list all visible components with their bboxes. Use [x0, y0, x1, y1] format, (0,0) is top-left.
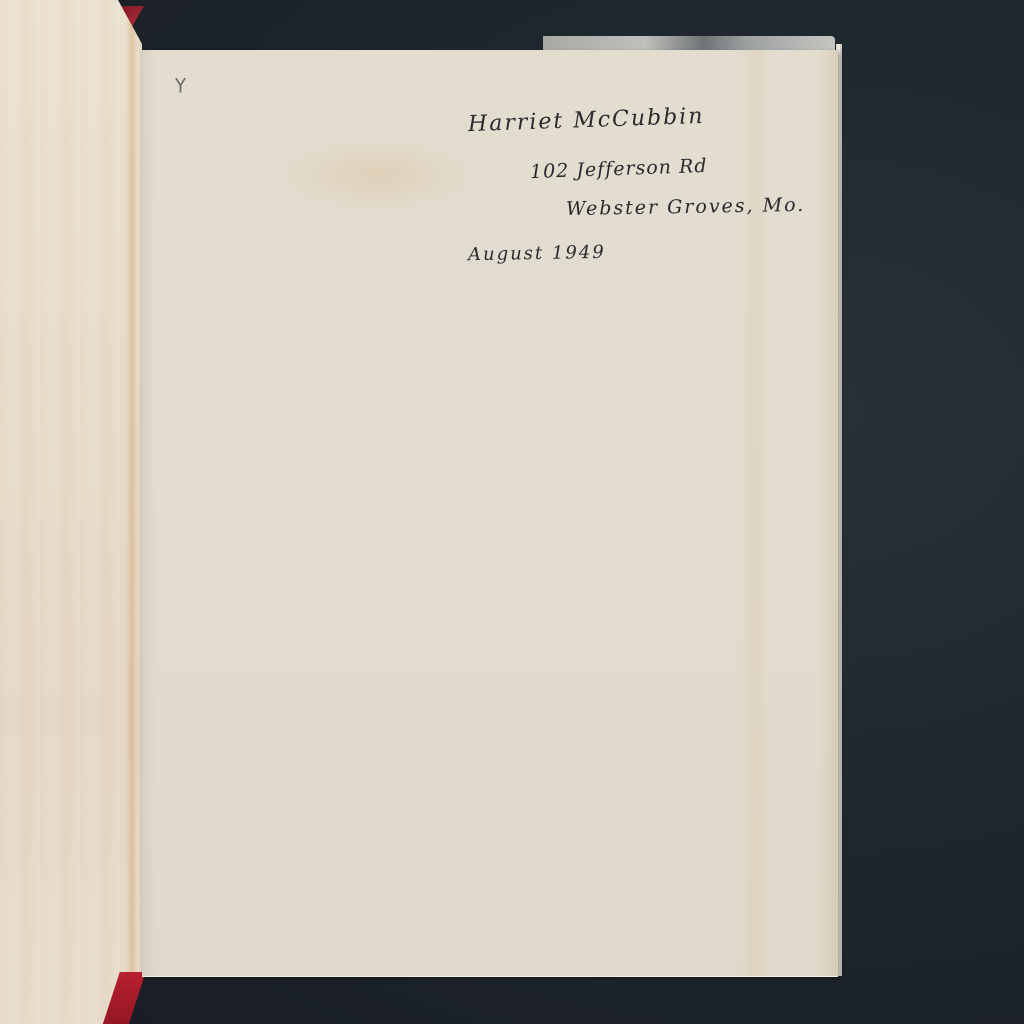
book-photo: Y Harriet McCubbin 102 Jefferson Rd Webs… [0, 0, 1024, 1024]
flyleaf-page [142, 50, 838, 976]
pencil-mark: Y [175, 75, 186, 98]
inscription-date: August 1949 [468, 242, 606, 265]
left-pastedown-page [0, 0, 142, 1024]
inscription-city: Webster Groves, Mo. [566, 194, 806, 220]
